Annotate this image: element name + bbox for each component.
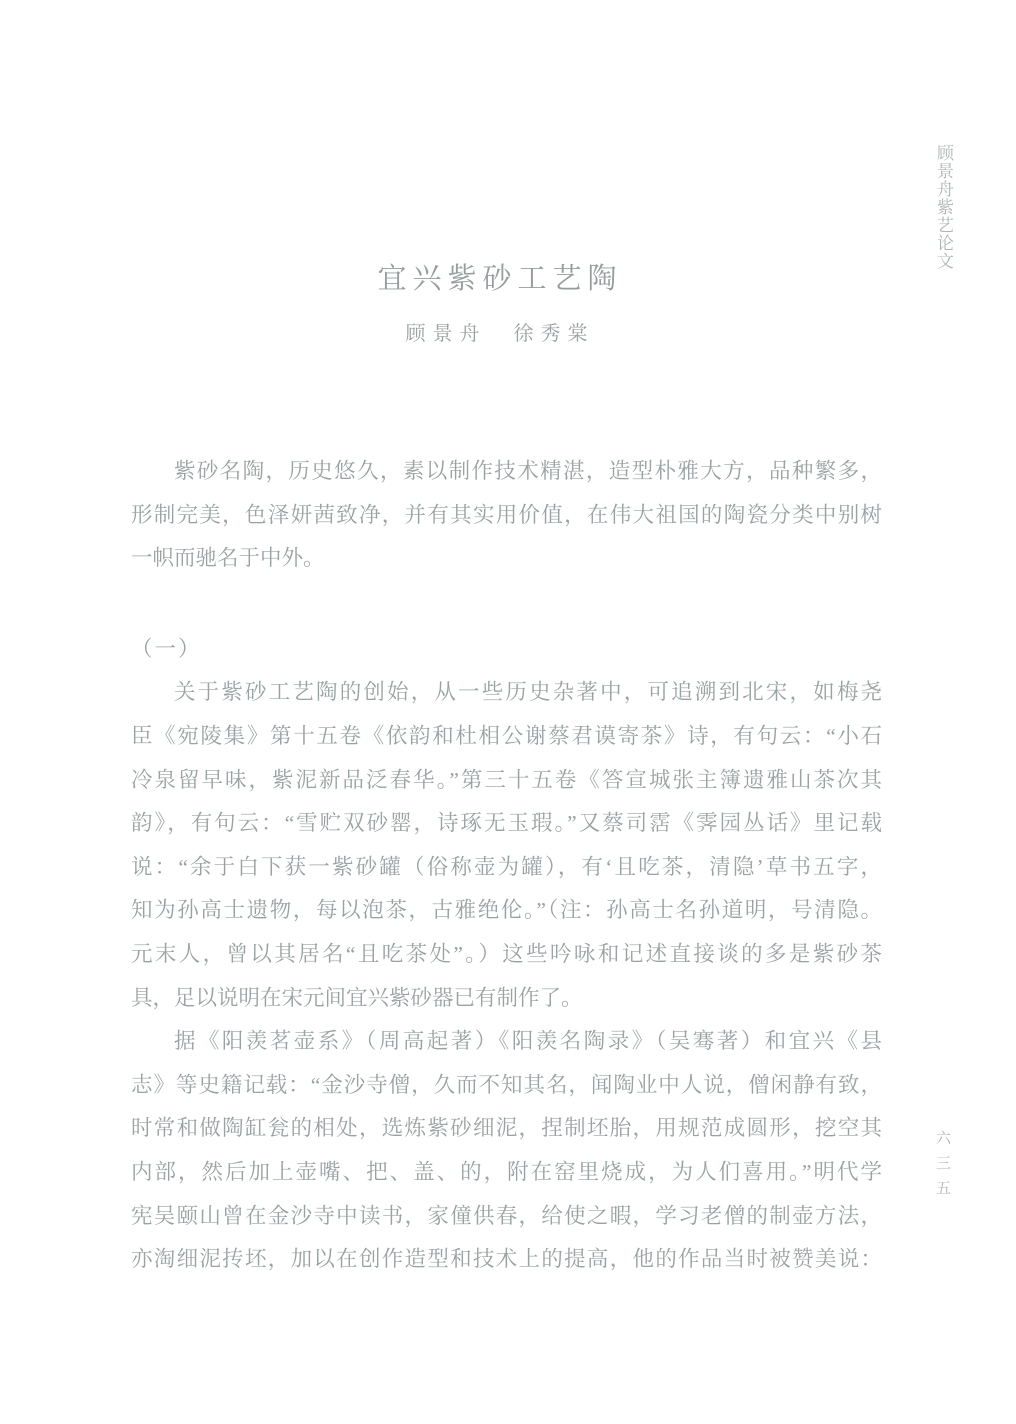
paragraph2-line-8: 具，足以说明在宋元间宜兴紫砂器已有制作了。	[131, 977, 882, 1021]
paragraph3-line-3: 时常和做陶缸瓮的相处，选炼紫砂细泥，捏制坯胎，用规范成圆形，挖空其	[131, 1107, 882, 1151]
paragraph2-line-3: 冷泉留早味，紫泥新品泛春华。”第三十五卷《答宣城张主簿遗雅山茶次其	[131, 759, 882, 803]
paragraph3-line-1: 据《阳羡茗壶系》（周高起著）《阳羡名陶录》（吴骞著）和宜兴《县	[131, 1020, 882, 1064]
side-margin-caption: 顾景舟紫艺论文	[931, 144, 956, 270]
article-authors: 顾景舟 徐秀棠	[0, 317, 1000, 346]
paragraph3-line-6: 亦淘细泥抟坯，加以在创作造型和技术上的提高，他的作品当时被赞美说：	[131, 1238, 882, 1282]
section-heading: （一）	[131, 628, 882, 672]
intro-line-3: 一帜而驰名于中外。	[131, 537, 882, 581]
paragraph2-line-5: 说：“余于白下获一紫砂罐（俗称壶为罐），有‘且吃茶，清隐’草书五字，	[131, 846, 882, 890]
paragraph3-line-2: 志》等史籍记载：“金沙寺僧，久而不知其名，闻陶业中人说，僧闲静有致，	[131, 1064, 882, 1108]
paragraph2-line-6: 知为孙高士遗物，每以泡茶，古雅绝伦。”（注：孙高士名孙道明，号清隐。	[131, 889, 882, 933]
paragraph2-line-1: 关于紫砂工艺陶的创始，从一些历史杂著中，可追溯到北宋，如梅尧	[131, 671, 882, 715]
paragraph3-line-5: 宪吴颐山曾在金沙寺中读书，家僮供春，给使之暇，学习老僧的制壶方法，	[131, 1195, 882, 1239]
paragraph2-line-4: 韵》，有句云：“雪贮双砂罂，诗琢无玉瑕。”又蔡司霑《霁园丛话》里记载	[131, 802, 882, 846]
page-number: 六三五	[932, 1130, 953, 1205]
article-body: 紫砂名陶，历史悠久，素以制作技术精湛，造型朴雅大方，品种繁多， 形制完美，色泽妍…	[131, 450, 882, 1282]
paragraph2-line-7: 元末人，曾以其居名“且吃茶处”。）这些吟咏和记述直接谈的多是紫砂茶	[131, 933, 882, 977]
paragraph3-line-4: 内部，然后加上壶嘴、把、盖、的，附在窑里烧成，为人们喜用。”明代学	[131, 1151, 882, 1195]
paragraph2-line-2: 臣《宛陵集》第十五卷《依韵和杜相公谢蔡君谟寄茶》诗，有句云：“小石	[131, 715, 882, 759]
intro-line-2: 形制完美，色泽妍茜致净，并有其实用价值，在伟大祖国的陶瓷分类中别树	[131, 494, 882, 538]
article-title: 宜兴紫砂工艺陶	[0, 256, 1000, 297]
scanned-book-page: 顾景舟紫艺论文 六三五 宜兴紫砂工艺陶 顾景舟 徐秀棠 紫砂名陶，历史悠久，素以…	[0, 0, 1016, 1424]
intro-line-1: 紫砂名陶，历史悠久，素以制作技术精湛，造型朴雅大方，品种繁多，	[131, 450, 882, 494]
